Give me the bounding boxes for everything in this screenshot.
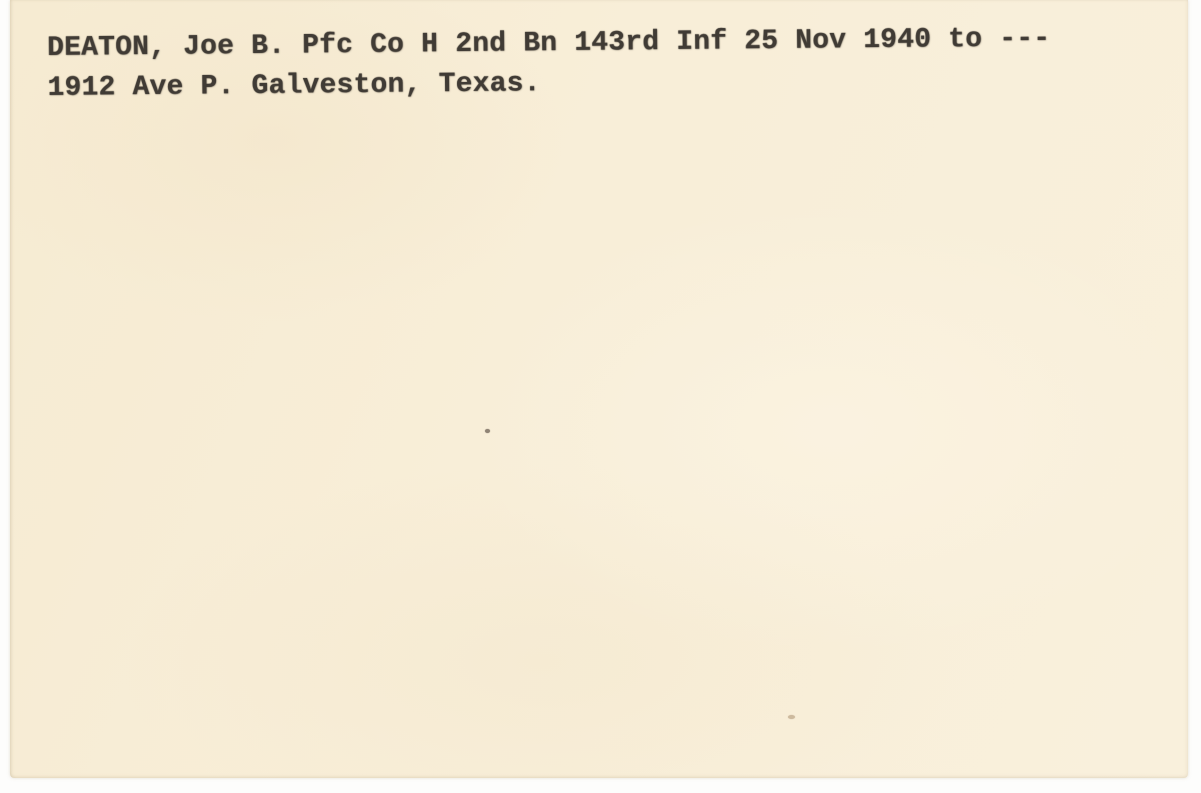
- typed-text-block: DEATON, Joe B. Pfc Co H 2nd Bn 143rd Inf…: [47, 18, 1148, 109]
- paper-speck: [485, 429, 490, 433]
- scanned-page: DEATON, Joe B. Pfc Co H 2nd Bn 143rd Inf…: [0, 0, 1201, 793]
- paper-speck: [788, 715, 795, 719]
- index-card: DEATON, Joe B. Pfc Co H 2nd Bn 143rd Inf…: [10, 0, 1188, 778]
